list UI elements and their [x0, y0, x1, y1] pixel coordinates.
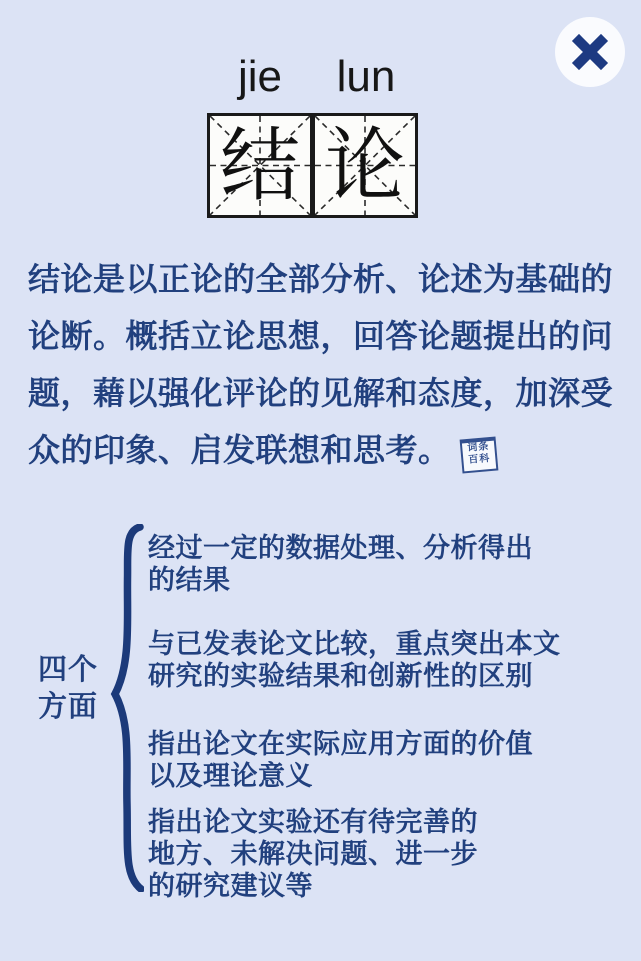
pinyin-row: jie lun — [207, 52, 419, 102]
hanzi-character-1: 结 — [210, 116, 310, 215]
diagram-item-line: 地方、未解决问题、进一步 — [148, 838, 478, 870]
definition-line-text: 众的印象、启发联想和思考。 — [28, 432, 451, 468]
diagram-item-4: 指出论文实验还有待完善的 地方、未解决问题、进一步 的研究建议等 — [148, 806, 478, 902]
word-card-popup: jie lun 结 — [0, 0, 641, 961]
diagram-item-1: 经过一定的数据处理、分析得出 的结果 — [148, 532, 533, 596]
diagram-item-line: 指出论文实验还有待完善的 — [148, 806, 478, 838]
character-grid: 结 论 — [207, 113, 418, 218]
character-box-2: 论 — [313, 113, 418, 218]
stamp-text-bottom: 百科 — [462, 453, 495, 468]
definition-line: 论断。概括立论思想，回答论题提出的问 — [28, 308, 628, 365]
diagram-item-line: 的研究建议等 — [148, 870, 478, 902]
diagram-item-line: 的结果 — [148, 564, 533, 596]
diagram-item-line: 与已发表论文比较，重点突出本文 — [148, 628, 561, 660]
definition-line: 众的印象、启发联想和思考。 词条 百科 — [28, 422, 628, 479]
diagram-label: 四个 方面 — [38, 652, 98, 726]
diagram-item-line: 研究的实验结果和创新性的区别 — [148, 660, 561, 692]
cidian-baike-stamp-icon: 词条 百科 — [459, 436, 498, 473]
diagram-item-line: 经过一定的数据处理、分析得出 — [148, 532, 533, 564]
definition-line: 结论是以正论的全部分析、论述为基础的 — [28, 251, 628, 308]
diagram-item-2: 与已发表论文比较，重点突出本文 研究的实验结果和创新性的区别 — [148, 628, 561, 692]
close-button[interactable] — [555, 17, 625, 87]
diagram-label-line: 四个 — [38, 652, 98, 689]
diagram-label-line: 方面 — [38, 689, 98, 726]
diagram-item-3: 指出论文在实际应用方面的价值 以及理论意义 — [148, 728, 533, 792]
pinyin-syllable-1: jie — [207, 52, 313, 102]
hanzi-character-2: 论 — [315, 116, 415, 215]
character-box-1: 结 — [207, 113, 313, 218]
pinyin-syllable-2: lun — [313, 52, 419, 102]
diagram-item-line: 指出论文在实际应用方面的价值 — [148, 728, 533, 760]
diagram-item-line: 以及理论意义 — [148, 760, 533, 792]
definition-paragraph: 结论是以正论的全部分析、论述为基础的 论断。概括立论思想，回答论题提出的问 题，… — [28, 251, 628, 479]
close-icon — [568, 30, 612, 74]
curly-brace-icon — [108, 524, 144, 892]
definition-line: 题，藉以强化评论的见解和态度，加深受 — [28, 365, 628, 422]
